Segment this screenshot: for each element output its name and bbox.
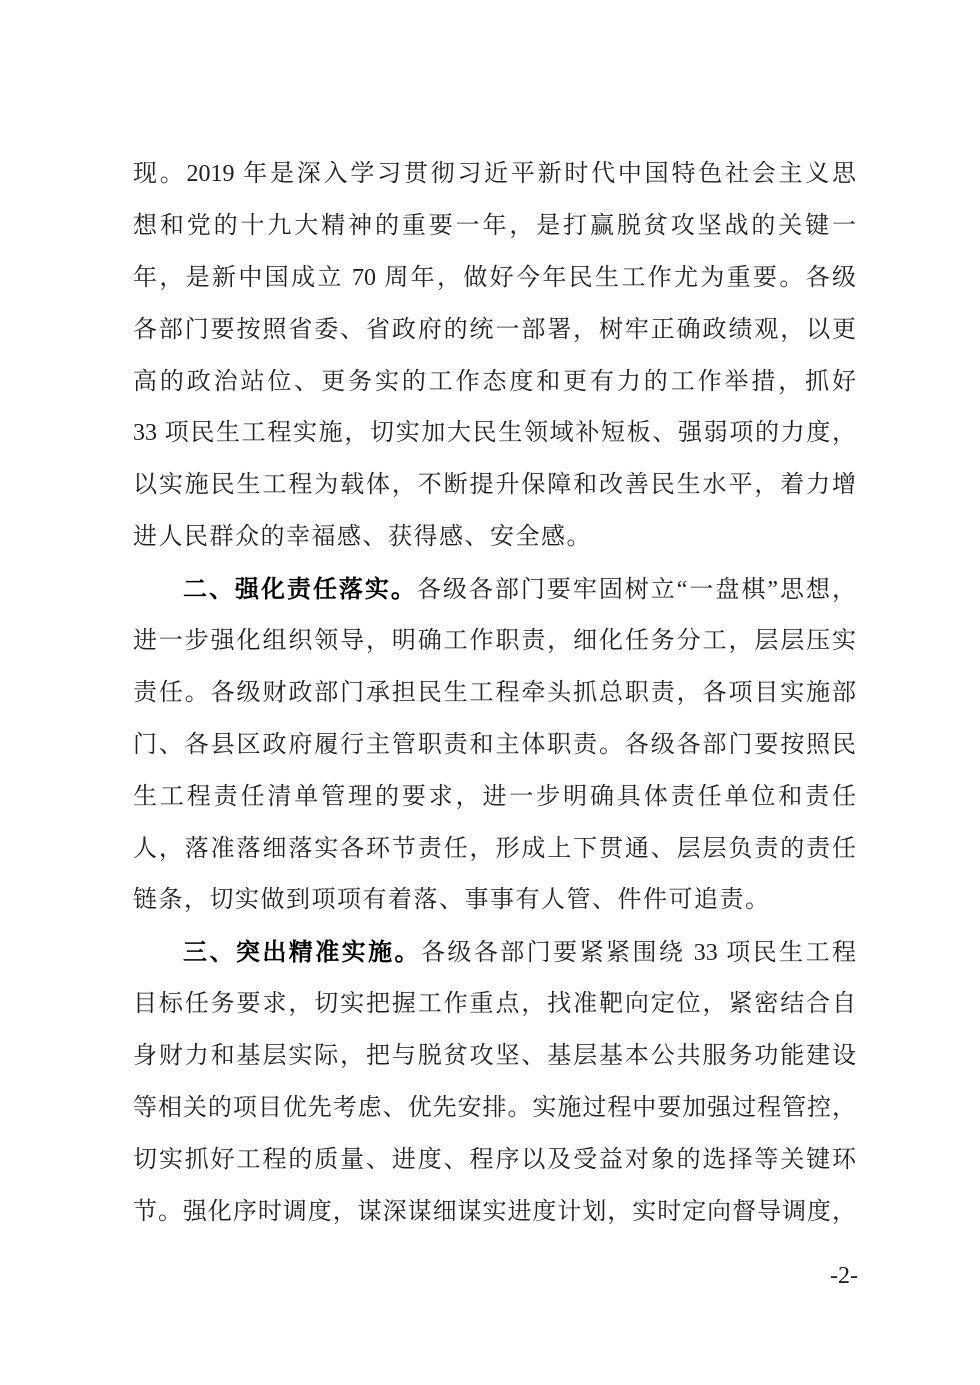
text-line: 以实施民生工程为载体，不断提升保障和改善民生水平，着力增 <box>133 460 856 512</box>
page-number: -2- <box>830 1258 858 1294</box>
text-line: 责任。各级财政部门承担民生工程牵头抓总职责，各项目实施部 <box>133 668 856 720</box>
text-line: 年，是新中国成立 70 周年，做好今年民生工作尤为重要。各级 <box>133 253 856 305</box>
text-line-section-2: 二、强化责任落实。各级各部门要牢固树立“一盘棋”思想， <box>133 564 856 616</box>
text-line: 目标任务要求，切实把握工作重点，找准靶向定位，紧密结合自 <box>133 979 856 1031</box>
text-line: 想和党的十九大精神的重要一年，是打赢脱贫攻坚战的关键一 <box>133 201 856 253</box>
line-text: 各级各部门要牢固树立“一盘棋”思想， <box>417 577 856 603</box>
text-line: 进人民群众的幸福感、获得感、安全感。 <box>133 512 856 564</box>
line-text: 各级各部门要紧紧围绕 33 项民生工程 <box>421 940 856 966</box>
text-line: 33 项民生工程实施，切实加大民生领域补短板、强弱项的力度， <box>133 408 856 460</box>
section-heading: 三、突出精准实施。 <box>183 939 421 966</box>
document-page: 现。2019 年是深入学习贯彻习近平新时代中国特色社会主义思 想和党的十九大精神… <box>0 0 980 1385</box>
text-line: 高的政治站位、更务实的工作态度和更有力的工作举措，抓好 <box>133 357 856 409</box>
text-line: 现。2019 年是深入学习贯彻习近平新时代中国特色社会主义思 <box>133 149 856 201</box>
text-line: 进一步强化组织领导，明确工作职责，细化任务分工，层层压实 <box>133 616 856 668</box>
text-line: 生工程责任清单管理的要求，进一步明确具体责任单位和责任 <box>133 772 856 824</box>
text-line: 节。强化序时调度，谋深谋细谋实进度计划，实时定向督导调度， <box>133 1187 856 1239</box>
section-heading: 二、强化责任落实。 <box>183 576 417 603</box>
document-body: 现。2019 年是深入学习贯彻习近平新时代中国特色社会主义思 想和党的十九大精神… <box>133 149 856 1239</box>
text-line: 门、各县区政府履行主管职责和主体职责。各级各部门要按照民 <box>133 720 856 772</box>
text-line: 人，落准落细落实各环节责任，形成上下贯通、层层负责的责任 <box>133 824 856 876</box>
text-line: 等相关的项目优先考虑、优先安排。实施过程中要加强过程管控， <box>133 1083 856 1135</box>
text-line: 身财力和基层实际，把与脱贫攻坚、基层基本公共服务功能建设 <box>133 1031 856 1083</box>
text-line: 切实抓好工程的质量、进度、程序以及受益对象的选择等关键环 <box>133 1135 856 1187</box>
text-line-section-3: 三、突出精准实施。各级各部门要紧紧围绕 33 项民生工程 <box>133 927 856 979</box>
text-line: 链条，切实做到项项有着落、事事有人管、件件可追责。 <box>133 875 856 927</box>
text-line: 各部门要按照省委、省政府的统一部署，树牢正确政绩观，以更 <box>133 305 856 357</box>
